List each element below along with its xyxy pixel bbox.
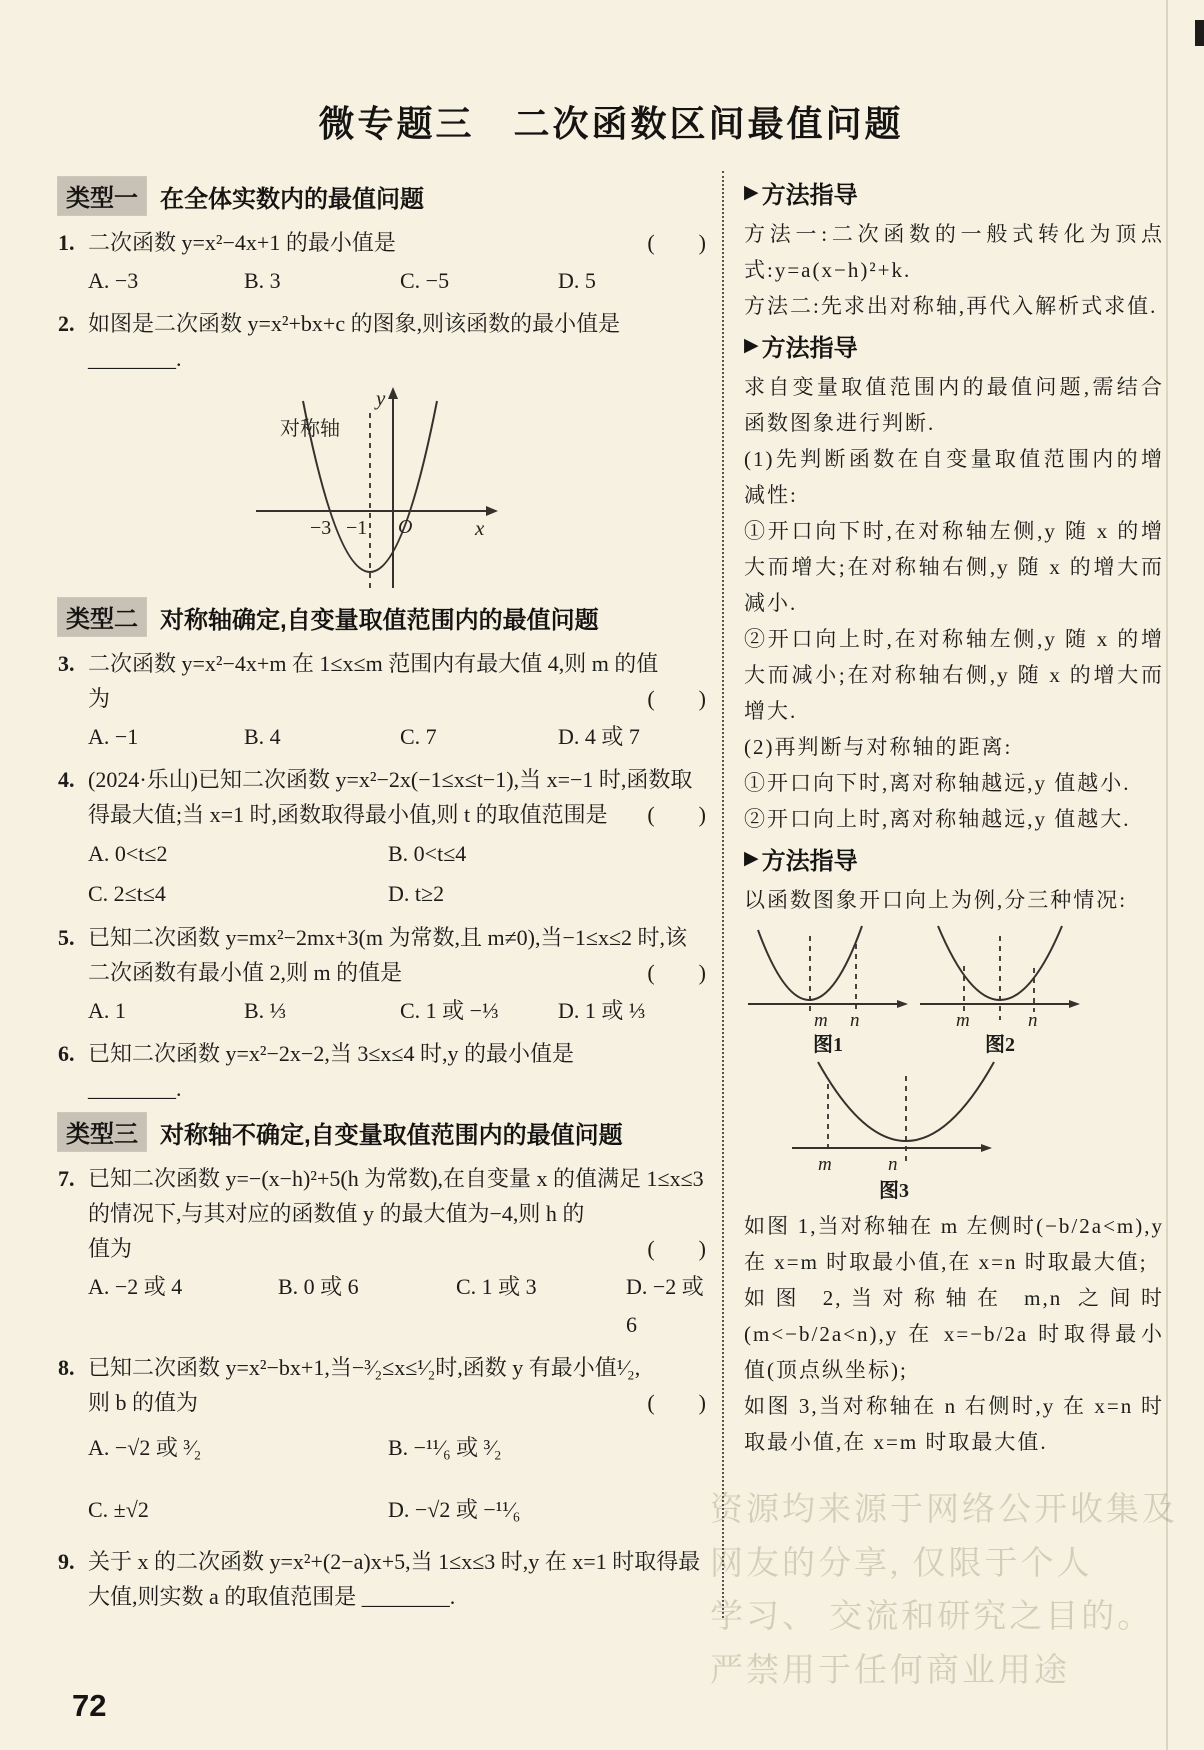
answer-blank: ________. [88,341,706,377]
choice-d: D. 5 [558,262,706,300]
answer-paren: ( ) [647,1231,706,1266]
section-title: 在全体实数内的最值问题 [160,179,424,214]
choice-b: B. 3 [244,262,400,300]
choice-b: B. 0 或 6 [278,1268,456,1344]
choice-d: D. −2 或 6 [626,1268,706,1344]
choice-a: A. −√2 或 ³⁄₂ [88,1428,388,1468]
problem-number: 1. [58,225,88,260]
answer-paren: ( ) [647,1385,706,1420]
page-title: 微专题三 二次函数区间最值问题 [58,96,1164,147]
parabola-case-figure-2: m n 图2 [916,924,1084,1058]
problem-number: 2. [58,306,88,341]
answer-paren: ( ) [647,955,706,990]
section-tag: 类型三 [58,1113,146,1151]
axis-of-symmetry-label: 对称轴 [280,417,340,440]
choice-d: D. −√2 或 −¹¹⁄₆ [388,1490,706,1530]
problem-3: 3. 二次函数 y=x²−4x+m 在 1≤x≤m 范围内有最大值 4,则 m … [58,646,706,756]
choice-b: B. 4 [244,718,400,756]
choice-a: A. 1 [88,992,244,1030]
figure-caption: 图2 [916,1032,1084,1058]
problem-8: 8. 已知二次函数 y=x²−bx+1,当−³⁄₂≤x≤¹⁄₂时,函数 y 有最… [58,1350,706,1530]
choice-c: C. 2≤t≤4 [88,874,388,914]
triangle-bullet-icon: ▶ [744,181,759,204]
n-label: n [1028,1010,1038,1031]
choice-c: C. 1 或 −⅓ [400,992,558,1030]
section-title: 对称轴确定,自变量取值范围内的最值问题 [160,600,599,635]
method-guide-column: ▶ 方法指导 方法一:二次函数的一般式转化为顶点式:y=a(x−h)²+k. 方… [722,171,1164,1618]
problem-number: 3. [58,646,88,681]
problems-column: 类型一 在全体实数内的最值问题 1. 二次函数 y=x²−4x+1 的最小值是 … [58,171,706,1618]
answer-paren: ( ) [647,681,706,716]
guide-text: ①开口向下时,在对称轴左侧,y 随 x 的增大而增大;在对称轴右侧,y 随 x … [744,513,1164,621]
problem-text: 已知二次函数 y=−(x−h)²+5(h 为常数),在自变量 x 的值满足 1≤… [88,1166,704,1226]
problem-1: 1. 二次函数 y=x²−4x+1 的最小值是 ( ) A. −3 B. 3 C… [58,225,706,300]
answer-paren: ( ) [647,797,706,832]
guide-text: 以函数图象开口向上为例,分三种情况: [744,882,1164,918]
choice-d: D. t≥2 [388,874,706,914]
figure-caption: 图1 [744,1032,912,1058]
guide-text: 如图 2,当对称轴在 m,n 之间时(m<−b/2a<n),y 在 x=−b/2… [744,1280,1164,1388]
section-head-3: 类型三 对称轴不确定,自变量取值范围内的最值问题 [58,1113,706,1151]
guide-text: 求自变量取值范围内的最值问题,需结合函数图象进行判断. [744,369,1164,441]
problem-text: 已知二次函数 y=x²−2x−2,当 3≤x≤4 时,y 的最小值是 [88,1041,574,1066]
y-axis-label: y [374,386,386,410]
guide-text: 方法一:二次函数的一般式转化为顶点式:y=a(x−h)²+k. [744,216,1164,288]
answer-paren: ( ) [647,225,706,260]
triangle-bullet-icon: ▶ [744,847,759,870]
choice-c: C. ±√2 [88,1490,388,1530]
guide-text: ②开口向上时,在对称轴左侧,y 随 x 的增大而减小;在对称轴右侧,y 随 x … [744,621,1164,729]
problem-text: 已知二次函数 y=x²−bx+1,当−³⁄₂≤x≤¹⁄₂时,函数 y 有最小值¹… [88,1355,640,1380]
n-label: n [888,1154,898,1175]
guide-text: (2)再判断与对称轴的距离: [744,729,1164,765]
guide-text: ①开口向下时,离对称轴越远,y 值越小. [744,765,1164,801]
choice-c: C. −5 [400,262,558,300]
parabola-case-figure-3: m n 图3 [784,1060,1004,1204]
problem-text: 已知二次函数 y=mx²−2mx+3(m 为常数,且 m≠0),当−1≤x≤2 … [88,925,687,985]
choice-c: C. 1 或 3 [456,1268,626,1344]
problem-5: 5. 已知二次函数 y=mx²−2mx+3(m 为常数,且 m≠0),当−1≤x… [58,920,706,1030]
choice-d: D. 4 或 7 [558,718,706,756]
guide-text: ②开口向上时,离对称轴越远,y 值越大. [744,801,1164,837]
section-tag: 类型二 [58,598,146,636]
choice-b: B. ⅓ [244,992,400,1030]
x-axis-label: x [474,516,485,540]
guide-text: 如图 3,当对称轴在 n 右侧时,y 在 x=n 时取最小值,在 x=m 时取最… [744,1388,1164,1460]
tick-neg3: −3 [310,517,331,539]
problem-text-cont: 则 b 的值为 [88,1385,198,1420]
guide-header-label: 方法指导 [762,841,858,876]
problem-text-cont: 为 [88,681,110,716]
problem-number: 4. [58,762,88,832]
figure-caption: 图3 [784,1178,1004,1204]
problem-text: 二次函数 y=x²−4x+m 在 1≤x≤m 范围内有最大值 4,则 m 的值 [88,651,658,676]
page-number: 72 [72,1688,106,1724]
problem-2: 2. 如图是二次函数 y=x²+bx+c 的图象,则该函数的最小值是 _____… [58,306,706,588]
section-title: 对称轴不确定,自变量取值范围内的最值问题 [160,1115,623,1150]
problem-number: 8. [58,1350,88,1385]
problem-number: 5. [58,920,88,990]
m-label: m [814,1010,828,1031]
m-label: m [956,1010,970,1031]
m-label: m [818,1154,832,1175]
guide-header-label: 方法指导 [762,328,858,363]
problem-number: 9. [58,1544,88,1614]
problem-6: 6. 已知二次函数 y=x²−2x−2,当 3≤x≤4 时,y 的最小值是 __… [58,1036,706,1107]
choice-d: D. 1 或 ⅓ [558,992,706,1030]
problem-text: 如图是二次函数 y=x²+bx+c 的图象,则该函数的最小值是 [88,311,620,336]
problem-number: 6. [58,1036,88,1071]
scan-artifact-mark [1195,20,1204,46]
problem-4: 4. (2024·乐山)已知二次函数 y=x²−2x(−1≤x≤t−1),当 x… [58,762,706,914]
choice-a: A. −2 或 4 [88,1268,278,1344]
choice-b: B. 0<t≤4 [388,834,706,874]
guide-header-2: ▶ 方法指导 [744,328,1164,363]
parabola-case-figure-1: m n 图1 [744,924,912,1058]
parabola-figure: 对称轴 y x O −3 −1 [228,383,706,588]
guide-text: 方法二:先求出对称轴,再代入解析式求值. [744,288,1164,324]
tick-neg1: −1 [346,517,367,539]
answer-blank: ________. [362,1584,456,1609]
book-page: 微专题三 二次函数区间最值问题 类型一 在全体实数内的最值问题 1. 二次函数 … [58,96,1164,1750]
problem-text: 二次函数 y=x²−4x+1 的最小值是 [88,230,396,255]
guide-header-1: ▶ 方法指导 [744,175,1164,210]
n-label: n [850,1010,860,1031]
watermark-line: 严禁用于任何商业用途 [710,1645,1202,1698]
section-tag: 类型一 [58,177,146,215]
section-head-2: 类型二 对称轴确定,自变量取值范围内的最值问题 [58,598,706,636]
choice-c: C. 7 [400,718,558,756]
answer-blank: ________. [88,1071,706,1107]
choice-a: A. −1 [88,718,244,756]
origin-label: O [398,516,412,538]
guide-header-3: ▶ 方法指导 [744,841,1164,876]
guide-text: (1)先判断函数在自变量取值范围内的增减性: [744,441,1164,513]
problem-7: 7. 已知二次函数 y=−(x−h)²+5(h 为常数),在自变量 x 的值满足… [58,1161,706,1344]
guide-text: 如图 1,当对称轴在 m 左侧时(−b/2a<m),y 在 x=m 时取最小值,… [744,1208,1164,1280]
problem-number: 7. [58,1161,88,1231]
problem-9: 9. 关于 x 的二次函数 y=x²+(2−a)x+5,当 1≤x≤3 时,y … [58,1544,706,1614]
triangle-bullet-icon: ▶ [744,334,759,357]
guide-header-label: 方法指导 [762,175,858,210]
section-head-1: 类型一 在全体实数内的最值问题 [58,177,706,215]
choice-a: A. −3 [88,262,244,300]
choice-b: B. −¹¹⁄₆ 或 ³⁄₂ [388,1428,706,1468]
problem-text-cont: 值为 [88,1231,132,1266]
choice-a: A. 0<t≤2 [88,834,388,874]
problem-text: (2024·乐山)已知二次函数 y=x²−2x(−1≤x≤t−1),当 x=−1… [88,767,692,827]
